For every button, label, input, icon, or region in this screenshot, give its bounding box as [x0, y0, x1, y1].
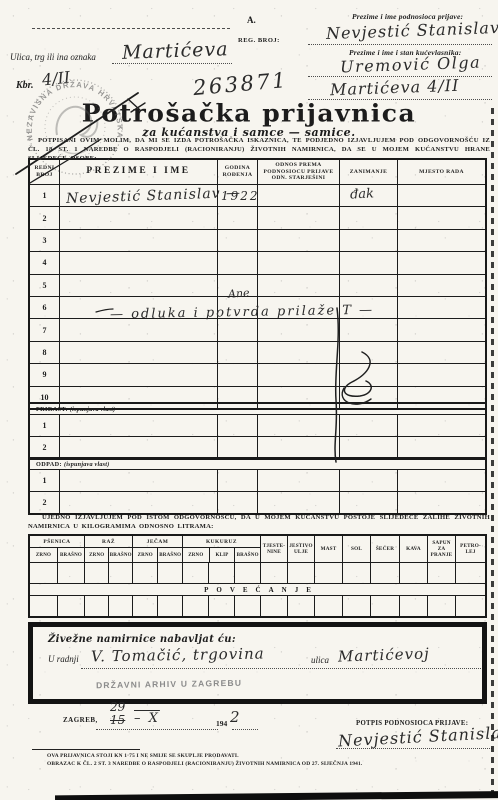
- group-petrolej: PETRO-LEJ: [455, 536, 485, 562]
- relation-cell: [257, 185, 339, 206]
- relation-cell: [257, 415, 339, 436]
- row-number: 2: [30, 437, 59, 458]
- header-zanimanje: ZANIMANJE: [339, 160, 397, 184]
- relation-cell: [257, 319, 339, 340]
- crossed-day: 15: [110, 714, 125, 726]
- supplies-header: PŠENICA ZRNO BRAŠNO RAŽ ZRNO BRAŠNO JEČA…: [30, 536, 485, 562]
- relation-cell: [257, 470, 339, 491]
- applicant-line: [308, 44, 492, 45]
- birth-cell: 1922: [217, 185, 257, 206]
- street-label: Ulica, trg ili ina oznaka: [10, 52, 96, 62]
- archive-stamp-text: DRŽAVNI ARHIV U ZAGREBU: [96, 678, 242, 691]
- odpad-label-text: ODPAD:: [36, 461, 62, 468]
- name-cell: [59, 364, 217, 385]
- table-row: 5: [30, 274, 485, 296]
- table-row: 2: [30, 436, 485, 458]
- owner-handwriting: Uremović Olga: [340, 55, 482, 76]
- header-redni-broj: REDNI BROJ: [30, 160, 59, 184]
- date-line: [96, 729, 218, 730]
- group-sapun: SAPUN ZA PRANJE: [427, 536, 455, 562]
- applicant-handwriting: Nevjestić Stanislav: [326, 20, 498, 42]
- header-mjesto-rada: MJESTO RADA: [397, 160, 485, 184]
- sub-label: ZRNO: [133, 548, 157, 562]
- workplace-cell: [397, 297, 485, 318]
- handwritten-note-1: Ane: [228, 287, 250, 299]
- name-cell: [59, 230, 217, 251]
- workplace-cell: [397, 342, 485, 363]
- relation-cell: [257, 437, 339, 458]
- occupation-cell: [339, 342, 397, 363]
- name-cell: [59, 319, 217, 340]
- shop-handwriting: V. Tomačić, trgovina: [91, 646, 265, 664]
- group-label: RAŽ: [85, 536, 132, 548]
- year-printed: 194: [216, 719, 227, 728]
- occupation-cell: [339, 492, 397, 513]
- workplace-cell: [397, 207, 485, 228]
- occupation-cell: [339, 437, 397, 458]
- name-cell: [59, 342, 217, 363]
- group-jestivo-ulje: JESTIVO ULJE: [287, 536, 314, 562]
- table-row: 1: [30, 414, 485, 436]
- occupation-cell: [339, 230, 397, 251]
- odpad-label: ODPAD: (ispunjava vlast): [30, 459, 485, 469]
- kbr-label: Kbr.: [16, 80, 34, 91]
- birth-cell: [217, 342, 257, 363]
- table-row: 4: [30, 251, 485, 273]
- birth-cell: [217, 252, 257, 273]
- odpad-section: ODPAD: (ispunjava vlast) 1 2: [28, 457, 487, 515]
- relation-cell: [257, 252, 339, 273]
- sub-label: ZRNO: [85, 548, 108, 562]
- place-label: ZAGREB,: [63, 716, 98, 724]
- relation-cell: [257, 342, 339, 363]
- owner-address-handwriting: Martićeva 4/II: [330, 78, 460, 99]
- kbr-handwriting: 4/II: [41, 70, 71, 89]
- handwritten-occupation: đak: [350, 187, 375, 201]
- group-kava: KAVA: [399, 536, 427, 562]
- group-label: PŠENICA: [30, 536, 84, 548]
- birth-cell: [217, 492, 257, 513]
- reg-broj-label: REG. BROJ:: [238, 37, 280, 44]
- handwritten-name: Nevjestić Stanislav —: [66, 186, 241, 206]
- row-number: 5: [30, 275, 59, 296]
- workplace-cell: [397, 185, 485, 206]
- form-title: Potrošačka prijavnica: [82, 100, 416, 128]
- signature-handwriting: Nevjestić Stanislav: [338, 724, 498, 749]
- workplace-cell: [397, 437, 485, 458]
- occupation-cell: [339, 415, 397, 436]
- name-cell: [59, 437, 217, 458]
- supplies-empty-row: [30, 595, 485, 616]
- group-sol: SOL: [342, 536, 370, 562]
- row-number: 1: [30, 185, 59, 206]
- fine-print-2: OBRAZAC K ČL. 2 ST. 3 NAREDBE O RASPODJE…: [47, 759, 362, 770]
- header-odnos: ODNOS PREMA PODNOSIOCU PRIJAVE ODN. STAR…: [257, 160, 339, 184]
- sub-label: BRAŠNO: [57, 548, 84, 562]
- workplace-cell: [397, 492, 485, 513]
- table-row: 3: [30, 229, 485, 251]
- prirast-label: PRIRAST: (ispunjava vlast): [30, 404, 485, 414]
- reg-number-handwriting: 263871: [192, 70, 289, 99]
- occupation-cell: [339, 364, 397, 385]
- sub-label: KLIP: [209, 548, 235, 562]
- purchase-heading: Živežne namirnice nabavljat ću:: [48, 634, 236, 645]
- group-kukuruz: KUKURUZ ZRNO KLIP BRAŠNO: [182, 536, 260, 562]
- workplace-cell: [397, 415, 485, 436]
- supplies-intro-text: UJEDNO IZJAVLJUJEM POD ISTOM ODGOVORNOŠĆ…: [28, 514, 490, 532]
- header-prezime-ime: PREZIME I IME: [59, 160, 217, 184]
- sub-label: BRAŠNO: [157, 548, 182, 562]
- name-cell: [59, 492, 217, 513]
- name-cell: [59, 207, 217, 228]
- group-label: JEČAM: [133, 536, 182, 548]
- header-godina: GODINA ROĐENJA: [217, 160, 257, 184]
- group-jecam: JEČAM ZRNO BRAŠNO: [132, 536, 182, 562]
- table-row: 7: [30, 318, 485, 340]
- birth-cell: [217, 364, 257, 385]
- name-cell: [59, 275, 217, 296]
- row-number: 8: [30, 342, 59, 363]
- povecanje-row: POVEĆANJE: [30, 583, 485, 595]
- row-number: 6: [30, 297, 59, 318]
- row-number: 9: [30, 364, 59, 385]
- purchase-box: Živežne namirnice nabavljat ću: U radnji…: [28, 622, 487, 704]
- blank-line: [32, 28, 230, 29]
- odpad-label-note: (ispunjava vlast): [64, 461, 110, 468]
- group-raz: RAŽ ZRNO BRAŠNO: [84, 536, 132, 562]
- row-number: 2: [30, 207, 59, 228]
- members-table: REDNI BROJ PREZIME I IME GODINA ROĐENJA …: [28, 158, 487, 410]
- prirast-label-text: PRIRAST:: [36, 406, 68, 413]
- month-numeral: – X: [134, 712, 160, 725]
- row-number: 1: [30, 415, 59, 436]
- row-number: 4: [30, 252, 59, 273]
- relation-cell: [257, 207, 339, 228]
- occupation-cell: [339, 275, 397, 296]
- row-number: 3: [30, 230, 59, 251]
- shop-label: U radnji: [48, 654, 79, 664]
- perforated-edge: [491, 108, 494, 792]
- workplace-cell: [397, 364, 485, 385]
- ration-form-scan: A. REG. BROJ: Prezime i ime podnosioca p…: [0, 0, 498, 800]
- workplace-cell: [397, 230, 485, 251]
- supplies-empty-row: [30, 562, 485, 583]
- occupation-cell: [339, 252, 397, 273]
- members-table-header: REDNI BROJ PREZIME I IME GODINA ROĐENJA …: [30, 160, 485, 184]
- group-secer: ŠEĆER: [370, 536, 399, 562]
- birth-cell: [217, 415, 257, 436]
- fineprint-rule: [32, 749, 140, 750]
- name-cell: [59, 470, 217, 491]
- prirast-section: PRIRAST: (ispunjava vlast) 1 2: [28, 402, 487, 460]
- table-row: 2: [30, 206, 485, 228]
- workplace-cell: [397, 470, 485, 491]
- group-tjestenine: TJESTE-NINE: [260, 536, 287, 562]
- supplies-table: PŠENICA ZRNO BRAŠNO RAŽ ZRNO BRAŠNO JEČA…: [28, 534, 487, 618]
- occupation-cell: [339, 207, 397, 228]
- section-letter: A.: [247, 15, 256, 25]
- prirast-label-note: (ispunjava vlast): [70, 406, 116, 413]
- relation-cell: [257, 364, 339, 385]
- birth-cell: [217, 319, 257, 340]
- sub-label: ZRNO: [183, 548, 209, 562]
- name-cell: [59, 252, 217, 273]
- row-number: 1: [30, 470, 59, 491]
- name-cell: [59, 415, 217, 436]
- birth-cell: [217, 230, 257, 251]
- table-row: 2: [30, 491, 485, 513]
- handwritten-birth-year: 1922: [221, 190, 260, 202]
- street-handwriting: Martićeva: [122, 40, 229, 63]
- row-number: 7: [30, 319, 59, 340]
- row-number: 2: [30, 492, 59, 513]
- group-mast: MAST: [314, 536, 342, 562]
- written-day: 29: [110, 701, 125, 713]
- shop-line: [81, 668, 481, 669]
- birth-cell: [217, 470, 257, 491]
- occupation-cell: [339, 319, 397, 340]
- occupation-cell: đak: [339, 185, 397, 206]
- sub-label: BRAŠNO: [108, 548, 132, 562]
- workplace-cell: [397, 319, 485, 340]
- occupation-cell: [339, 470, 397, 491]
- table-row: 1: [30, 469, 485, 491]
- name-cell: Nevjestić Stanislav —: [59, 185, 217, 206]
- table-row: 8: [30, 341, 485, 363]
- group-label: KUKURUZ: [183, 536, 260, 548]
- year-handwriting: 2: [230, 710, 240, 725]
- group-psenica: PŠENICA ZRNO BRAŠNO: [30, 536, 84, 562]
- relation-cell: [257, 275, 339, 296]
- workplace-cell: [397, 275, 485, 296]
- ulica-label: ulica: [311, 655, 329, 665]
- table-row: 1 Nevjestić Stanislav — 1922 đak: [30, 184, 485, 206]
- relation-cell: [257, 492, 339, 513]
- workplace-cell: [397, 252, 485, 273]
- birth-cell: [217, 207, 257, 228]
- scan-edge-bar: [55, 791, 498, 800]
- sub-label: ZRNO: [30, 548, 57, 562]
- relation-cell: [257, 230, 339, 251]
- sub-label: BRAŠNO: [234, 548, 260, 562]
- table-row: 9: [30, 363, 485, 385]
- birth-cell: [217, 437, 257, 458]
- shop-street-handwriting: Martićevoj: [338, 646, 430, 664]
- year-line: [232, 729, 258, 730]
